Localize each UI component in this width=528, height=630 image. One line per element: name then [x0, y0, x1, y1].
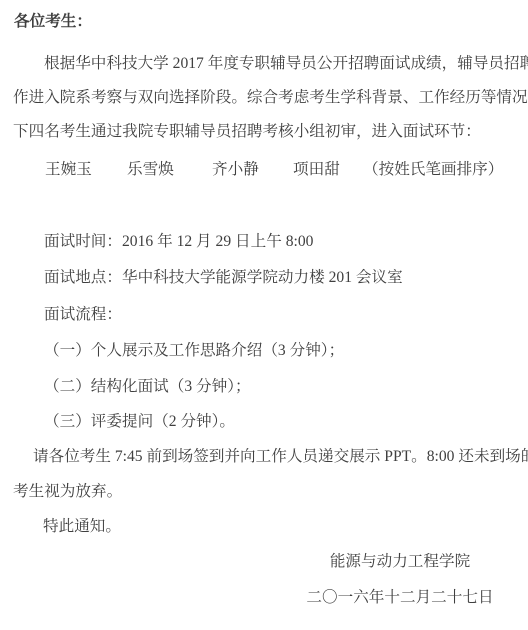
reminder-line-2: 考生视为放弃。	[13, 482, 122, 502]
salutation: 各位考生：	[14, 12, 92, 32]
interview-time-line: 面试时间：2016 年 12 月 29 日上午 8:00	[44, 232, 313, 252]
candidate-name-1: 王婉玉	[45, 160, 92, 180]
closing-statement: 特此通知。	[43, 517, 121, 537]
process-step-3: （三）评委提问（2 分钟）。	[44, 412, 235, 432]
sort-order-note: （按姓氏笔画排序）	[363, 160, 503, 180]
intro-paragraph-line-3: 下四名考生通过我院专职辅导员招聘考核小组初审，进入面试环节：	[13, 122, 481, 142]
notice-document: 各位考生： 根据华中科技大学 2017 年度专职辅导员公开招聘面试成绩，辅导员招…	[0, 0, 528, 630]
interview-process-label: 面试流程：	[44, 305, 122, 325]
process-step-2: （二）结构化面试（3 分钟）；	[44, 377, 251, 397]
interview-location-line: 面试地点：华中科技大学能源学院动力楼 201 会议室	[44, 268, 403, 288]
signature-organization: 能源与动力工程学院	[272, 552, 528, 572]
process-step-1: （一）个人展示及工作思路介绍（3 分钟）；	[44, 341, 344, 361]
interview-time-value: 2016 年 12 月 29 日上午 8:00	[122, 233, 313, 250]
candidate-names-row: 王婉玉 乐雪焕 齐小静 项田甜 （按姓氏笔画排序）	[45, 160, 515, 180]
interview-location-label: 面试地点：	[44, 269, 122, 286]
intro-paragraph-line-1: 根据华中科技大学 2017 年度专职辅导员公开招聘面试成绩，辅导员招聘工	[44, 54, 528, 74]
candidate-name-4: 项田甜	[293, 160, 340, 180]
reminder-line-1: 请各位考生 7:45 前到场签到并向工作人员递交展示 PPT。8:00 还未到场…	[33, 447, 528, 467]
intro-paragraph-line-2: 作进入院系考察与双向选择阶段。综合考虑考生学科背景、工作经历等情况，以	[13, 88, 528, 108]
candidate-name-3: 齐小静	[212, 160, 259, 180]
signature-date: 二〇一六年十二月二十七日	[272, 588, 528, 608]
interview-time-label: 面试时间：	[44, 233, 122, 250]
interview-location-value: 华中科技大学能源学院动力楼 201 会议室	[122, 269, 403, 286]
candidate-name-2: 乐雪焕	[127, 160, 174, 180]
